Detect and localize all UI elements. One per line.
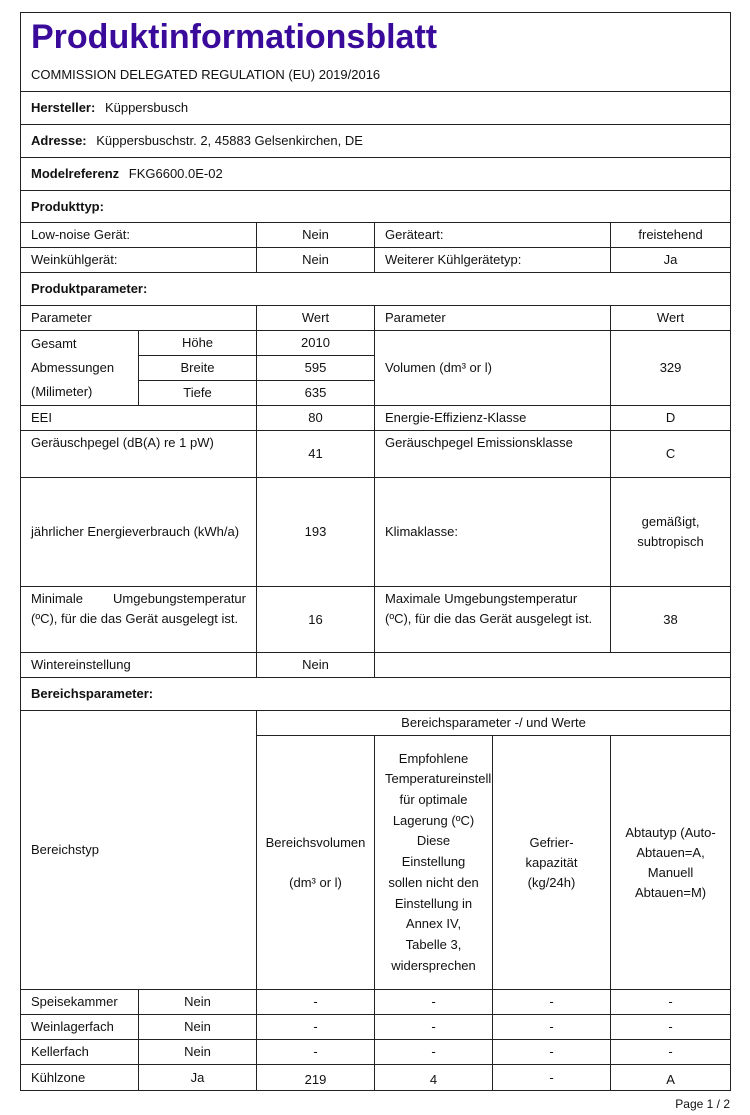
page-title: Produktinformationsblatt [31, 13, 720, 57]
volume-label: Volumen (dm³ or l) [375, 331, 611, 406]
col-zone-defrost: Abtautyp (Auto-Abtauen=A, Manuell Abtaue… [611, 736, 731, 990]
max-temp-value: 38 [611, 587, 731, 653]
model-row: Modelreferenz FKG6600.0E-02 [21, 158, 731, 191]
col-value: Wert [257, 306, 375, 331]
address-row: Adresse: Küppersbuschstr. 2, 45883 Gelse… [21, 125, 731, 158]
col-zone-volume: Bereichsvolumen (dm³ or l) [257, 736, 375, 990]
zone-defrost: - [611, 990, 731, 1015]
noise-class-value: C [611, 431, 731, 478]
height-label: Höhe [139, 331, 257, 356]
depth-value: 635 [257, 381, 375, 406]
zone-temp: - [375, 1040, 493, 1065]
zone-row: Kellerfach Nein - - - - [21, 1040, 731, 1065]
model-value: FKG6600.0E-02 [129, 166, 223, 181]
volume-value: 329 [611, 331, 731, 406]
climate-value: gemäßigt, subtropisch [611, 478, 731, 587]
efficiency-class-label: Energie-Effizienz-Klasse [375, 406, 611, 431]
winter-label: Wintereinstellung [21, 653, 257, 678]
empty-cell [375, 653, 731, 678]
zone-name: Kellerfach [21, 1040, 139, 1065]
efficiency-class-value: D [611, 406, 731, 431]
col-value-2: Wert [611, 306, 731, 331]
zone-volume: 219 [257, 1065, 375, 1091]
zone-temp: - [375, 990, 493, 1015]
dimensions-label: Gesamt Abmessungen (Milimeter) [21, 331, 139, 406]
zone-defrost: - [611, 1015, 731, 1040]
other-type-label: Weiterer Kühlgerätetyp: [375, 248, 611, 273]
zone-present: Nein [139, 990, 257, 1015]
zone-volume: - [257, 990, 375, 1015]
zone-freeze: - [493, 1065, 611, 1091]
eei-label: EEI [21, 406, 257, 431]
noise-label: Geräuschpegel (dB(A) re 1 pW) [21, 431, 257, 478]
manufacturer-label: Hersteller: [31, 100, 95, 115]
zone-volume: - [257, 1040, 375, 1065]
address-value: Küppersbuschstr. 2, 45883 Gelsenkirchen,… [96, 133, 363, 148]
climate-label: Klimaklasse: [375, 478, 611, 587]
header-cell: Produktinformationsblatt COMMISSION DELE… [21, 13, 731, 92]
zone-name: Speisekammer [21, 990, 139, 1015]
page-number: Page 1 / 2 [675, 1097, 730, 1111]
other-type-value: Ja [611, 248, 731, 273]
zone-temp: - [375, 1015, 493, 1040]
zone-volume: - [257, 1015, 375, 1040]
zone-present: Ja [139, 1065, 257, 1091]
zone-freeze: - [493, 1040, 611, 1065]
col-zone-temp: Empfohlene Temperatureinstellung für opt… [375, 736, 493, 990]
wine-cooler-value: Nein [257, 248, 375, 273]
zone-name: Weinlagerfach [21, 1015, 139, 1040]
min-temp-label: Minimale Umgebungstemperatur (ºC), für d… [21, 587, 257, 653]
width-label: Breite [139, 356, 257, 381]
col-zone-volume-unit: (dm³ or l) [261, 873, 370, 893]
zone-name: Kühlzone [21, 1065, 139, 1091]
col-zone-volume-title: Bereichsvolumen [261, 833, 370, 853]
zone-present: Nein [139, 1015, 257, 1040]
noise-value: 41 [257, 431, 375, 478]
params-header-row: Parameter Wert Parameter Wert [21, 306, 731, 331]
zone-defrost: - [611, 1040, 731, 1065]
zone-defrost: A [611, 1065, 731, 1091]
regulation-text: COMMISSION DELEGATED REGULATION (EU) 201… [31, 65, 720, 85]
product-params-heading: Produktparameter: [21, 273, 731, 306]
zone-temp: 4 [375, 1065, 493, 1091]
zone-present: Nein [139, 1040, 257, 1065]
height-value: 2010 [257, 331, 375, 356]
product-type-row: Low-noise Gerät: Nein Geräteart: freiste… [21, 223, 731, 248]
low-noise-value: Nein [257, 223, 375, 248]
zone-row: Kühlzone Ja 219 4 - A [21, 1065, 731, 1091]
product-type-heading: Produkttyp: [21, 191, 731, 223]
address-label: Adresse: [31, 133, 87, 148]
product-info-sheet: Produktinformationsblatt COMMISSION DELE… [20, 12, 731, 1091]
noise-class-label: Geräuschpegel Emissionsklasse [375, 431, 611, 478]
appliance-type-value: freistehend [611, 223, 731, 248]
col-parameter-2: Parameter [375, 306, 611, 331]
max-temp-label: Maximale Umgebungstemperatur (ºC), für d… [375, 587, 611, 653]
energy-label: jährlicher Energieverbrauch (kWh/a) [21, 478, 257, 587]
col-parameter: Parameter [21, 306, 257, 331]
manufacturer-value: Küppersbusch [105, 100, 188, 115]
appliance-type-label: Geräteart: [375, 223, 611, 248]
col-zone-freeze: Gefrier-kapazität (kg/24h) [493, 736, 611, 990]
zone-type-label: Bereichstyp [21, 711, 257, 990]
energy-value: 193 [257, 478, 375, 587]
product-type-row: Weinkühlgerät: Nein Weiterer Kühlgerätet… [21, 248, 731, 273]
zone-params-heading: Bereichsparameter: [21, 678, 731, 711]
eei-value: 80 [257, 406, 375, 431]
wine-cooler-label: Weinkühlgerät: [21, 248, 257, 273]
width-value: 595 [257, 356, 375, 381]
manufacturer-row: Hersteller: Küppersbusch [21, 92, 731, 125]
zone-freeze: - [493, 990, 611, 1015]
zone-row: Weinlagerfach Nein - - - - [21, 1015, 731, 1040]
depth-label: Tiefe [139, 381, 257, 406]
low-noise-label: Low-noise Gerät: [21, 223, 257, 248]
model-label: Modelreferenz [31, 166, 119, 181]
winter-value: Nein [257, 653, 375, 678]
zone-group-header: Bereichsparameter -/ und Werte [257, 711, 731, 736]
zone-freeze: - [493, 1015, 611, 1040]
min-temp-value: 16 [257, 587, 375, 653]
zone-row: Speisekammer Nein - - - - [21, 990, 731, 1015]
